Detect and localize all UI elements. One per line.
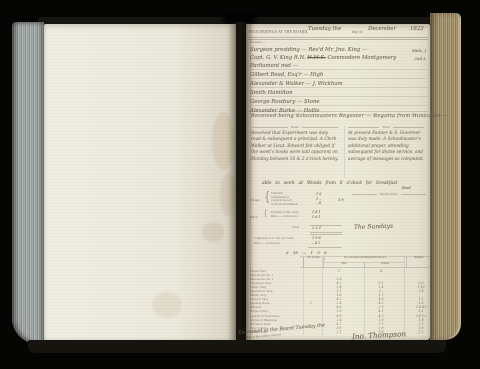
- rule: [348, 127, 379, 128]
- account-value: – 8: [316, 201, 321, 206]
- rule: [302, 127, 338, 128]
- minutes-left-header: State: [252, 125, 338, 129]
- account-group1-label: Chapel: [250, 198, 260, 202]
- paper-texture: [44, 24, 236, 342]
- header-rule: [248, 37, 428, 38]
- account-group1-items: Chaplain Schoolmaster Clerk & Sexton to …: [271, 192, 298, 207]
- center-note-annotation: Read: [402, 186, 411, 190]
- attendance-line: Smith Hamilton: [250, 88, 426, 97]
- rule: [310, 234, 342, 235]
- total-label: Total: [292, 225, 299, 229]
- computed-value: 1 9 6: [312, 236, 321, 240]
- sunday-duty-header: Sunday Duty: [352, 192, 426, 196]
- attendance-line: Surgeon presiding — Rev'd Mr. Jno. King …: [250, 45, 426, 53]
- brace: {: [264, 209, 268, 218]
- rule: [352, 194, 377, 195]
- minutes-right-header: Vote: [348, 125, 424, 129]
- attendance-text: George Rowbury — Stone: [250, 99, 426, 105]
- attendance-list: Surgeon presiding — Rev'd Mr. Jno. King …: [250, 45, 426, 115]
- attendance-line: Parliament met —: [250, 61, 426, 70]
- attendance-annotation: 2nd L: [414, 56, 426, 61]
- header-year: 1823: [410, 26, 424, 32]
- attendance-line: Capt. G. V. King R.N. H.M.S. Commodore M…: [250, 53, 426, 61]
- account-group2-label: Ward: [250, 215, 258, 219]
- attendance-text: Alexander & Walker — J. Wickham: [250, 81, 426, 87]
- minutes-right-body: At present Painter & S. Governor was dul…: [348, 131, 426, 163]
- attendance-line: Gilbert Read, Esq'r — High: [250, 70, 426, 79]
- rule: [252, 127, 288, 128]
- account-table: Chapel { Chaplain Schoolmaster Clerk & S…: [250, 192, 350, 250]
- header-day-handwritten: Tuesday the: [308, 26, 341, 32]
- account-group2-items: Expense of the week Ditto — of the year: [271, 211, 299, 218]
- account-item: to the Establishment: [271, 203, 298, 207]
- table-header-rule: [300, 267, 430, 268]
- total-value: 2 3 1: [312, 226, 321, 230]
- attendance-text: Capt. G. V. King R.N. H.M.S. Commodore M…: [250, 55, 410, 61]
- rule: [308, 247, 342, 248]
- stain: [202, 222, 224, 242]
- struck-word: H.M.S.: [307, 55, 326, 61]
- account-value: 1 6: [316, 192, 321, 197]
- left-page-edge-stack: [12, 22, 44, 344]
- account-group1-values: 1 6 1 – – 8: [316, 192, 321, 206]
- right-fore-edge-stack: [430, 13, 461, 340]
- account-group2-values: 1 8 1 1 6 1: [312, 210, 321, 219]
- center-note: able to work at Woods from 6 o'clock for…: [262, 181, 397, 186]
- form-header-dayof: day of: [352, 30, 363, 34]
- minutes-left-header-label: State: [291, 125, 299, 129]
- attendance-line: George Rowbury — Stone: [250, 97, 426, 106]
- account-value: 1 6 1: [312, 215, 321, 220]
- rule: [401, 194, 426, 195]
- note-line: Received being Schoolmasters Regester — …: [251, 113, 448, 119]
- attendance-text: Gilbert Read, Esq'r — High: [250, 72, 426, 78]
- col-header-span: No. of Persons attending Divine Service: [324, 257, 405, 261]
- attendance-text: Surgeon presiding — Rev'd Mr. Jno. King …: [250, 47, 408, 53]
- header-rule: [248, 39, 428, 40]
- stain: [152, 292, 182, 318]
- account-item: Ditto — of the year: [271, 215, 299, 219]
- computed-label: Ditto — of the year: [254, 242, 280, 246]
- attendance-line: Alexander & Walker — J. Wickham: [250, 79, 426, 88]
- rule: [310, 232, 342, 233]
- attendance-text: Parliament met —: [250, 63, 426, 69]
- left-page: [44, 24, 236, 342]
- header-month-handwritten: December: [368, 26, 396, 32]
- col-header-count: No. in each: [303, 257, 324, 267]
- account-side-total: 3 9: [338, 198, 344, 202]
- column-divider: [344, 126, 345, 178]
- form-header-printed: PROCEEDINGS AT THE BOARD,: [249, 30, 309, 34]
- rule: [393, 127, 424, 128]
- section-rule: [248, 111, 428, 112]
- sundays-handwritten: The Sundays: [354, 223, 393, 231]
- col-header-remarks: Remarks: [406, 257, 431, 267]
- account-value: 1 8 1: [312, 210, 321, 215]
- minutes-left-body: Resolved that Experiment was duly read &…: [251, 131, 339, 163]
- present-label: Present —: [250, 40, 266, 44]
- book-bottom-board: [28, 340, 446, 353]
- attendance-annotation: Mids. J: [412, 48, 426, 53]
- attendance-text: Smith Hamilton: [250, 90, 426, 96]
- brace: {: [264, 190, 270, 205]
- ledger-photo: PROCEEDINGS AT THE BOARD, Tuesday the da…: [0, 0, 480, 369]
- computed-value: – 4 2: [312, 241, 320, 245]
- sunday-duty-label: Sunday Duty: [380, 192, 399, 196]
- minutes-right-header-label: Vote: [382, 125, 389, 129]
